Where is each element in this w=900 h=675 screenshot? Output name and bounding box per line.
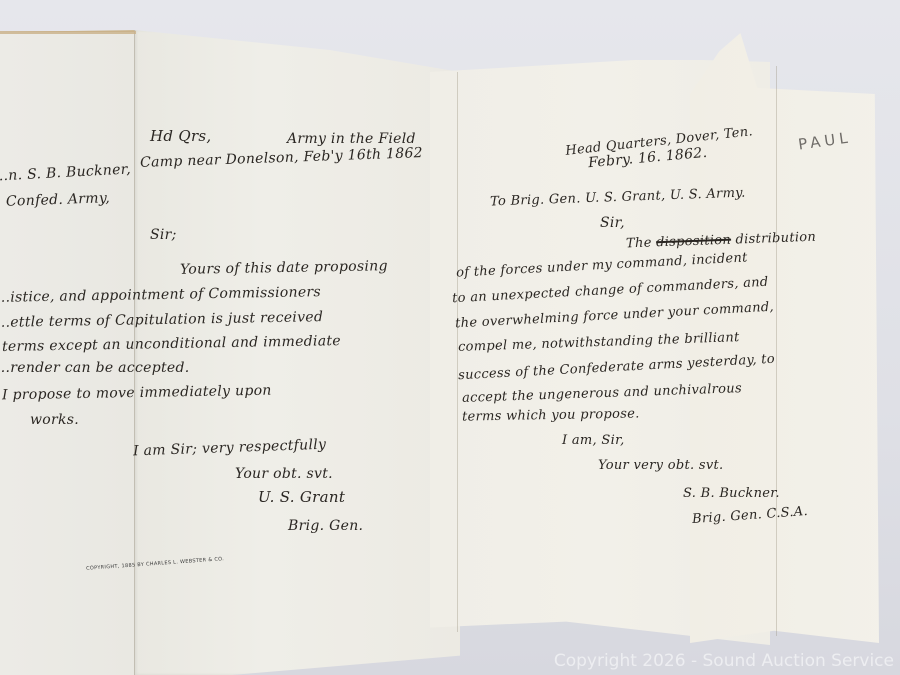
aged-edge [0,31,136,34]
buckner-closing-obt: Your very obt. svt. [598,458,723,473]
document-photo: Hd Qrs, Army in the Field Camp near Done… [0,0,900,675]
buckner-closing: I am, Sir, [562,433,625,448]
buckner-signature: S. B. Buckner. [683,486,780,501]
fold-crease [776,66,777,636]
grant-signature: U. S. Grant [258,488,345,506]
grant-heading-army: Army in the Field [287,131,416,147]
grant-heading-hq: Hd Qrs, [150,127,212,145]
struck-word: disposition [656,233,731,251]
grant-body-line: works. [30,412,79,428]
grant-closing-obt: Your obt. svt. [235,466,333,482]
buckner-salutation: Sir, [600,215,625,231]
copyright-watermark: Copyright 2026 - Sound Auction Service [554,651,894,671]
grant-salutation: Sir; [150,227,177,243]
grant-title: Brig. Gen. [288,518,363,534]
grant-body-line: ...render can be accepted. [0,360,189,376]
buckner-body-line: terms which you propose. [462,406,640,424]
